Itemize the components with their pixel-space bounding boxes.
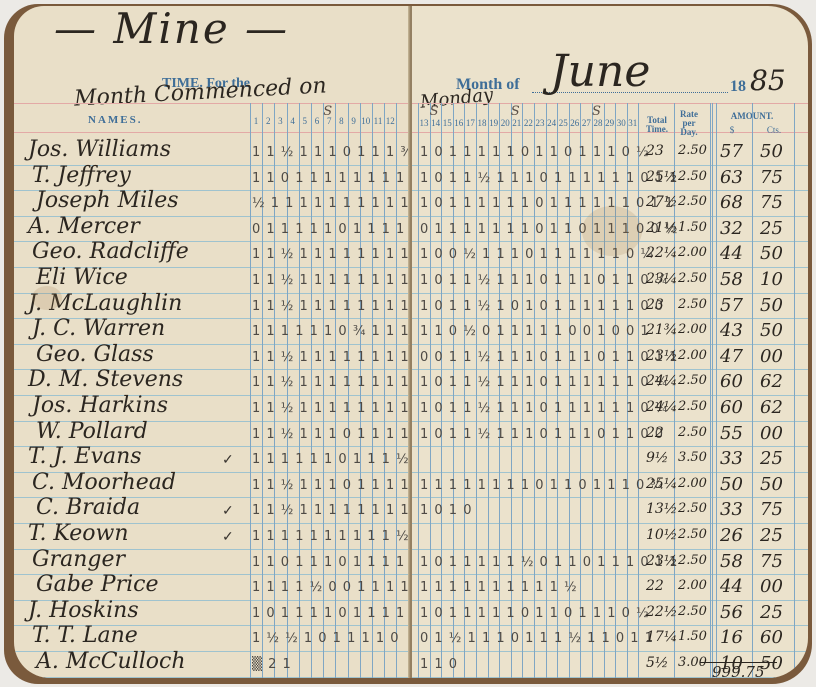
daily-marks-1-12: 1 1 0 1 1 1 1 1 1 1 1 1 xyxy=(252,171,410,186)
daily-marks-1-12: 1 1 ½ 1 1 1 1 1 1 1 1 1 xyxy=(252,375,410,390)
daily-marks-1-12: 1 1 1 1 1 1 1 1 1 1 ½ xyxy=(252,529,410,544)
worker-name: A. Mercer xyxy=(28,214,140,239)
column-rule xyxy=(418,103,419,678)
rate-per-day: 2.00 xyxy=(678,245,707,260)
column-rule xyxy=(752,103,753,678)
amount-dollars: 16 xyxy=(720,627,743,648)
amount-cents: 50 xyxy=(760,295,783,316)
worker-name: Geo. Radcliffe xyxy=(32,239,189,264)
day-header: 22 xyxy=(522,118,534,128)
column-rule xyxy=(250,103,251,678)
month-commenced-note: Month Commenced on xyxy=(74,73,328,111)
rate-per-day: 2.00 xyxy=(678,322,707,337)
ruled-line xyxy=(412,600,808,601)
worker-name: D. M. Stevens xyxy=(28,367,183,392)
amount-dollars: 68 xyxy=(720,192,743,213)
ruled-line xyxy=(14,677,410,678)
day-header: 29 xyxy=(604,118,616,128)
paper-stain xyxy=(32,286,62,310)
ruled-line xyxy=(412,549,808,550)
day-header: 31 xyxy=(627,118,639,128)
check-mark: ✓ xyxy=(222,529,234,546)
ruled-line xyxy=(412,369,808,370)
amount-cents: 25 xyxy=(760,448,783,469)
amount-dollars: 32 xyxy=(720,218,743,239)
amount-cents: 25 xyxy=(760,602,783,623)
amount-dollars: 60 xyxy=(720,397,743,418)
day-header: 16 xyxy=(453,118,465,128)
total-time: 22¼ xyxy=(646,245,677,261)
amount-dollars: 56 xyxy=(720,602,743,623)
column-rule xyxy=(794,103,795,678)
amount-dollars: 60 xyxy=(720,371,743,392)
amount-dollars: 47 xyxy=(720,346,743,367)
sunday-mark: S xyxy=(592,104,601,119)
amount-cents: 00 xyxy=(760,576,783,597)
total-time: 24¼ xyxy=(646,373,677,389)
amount-dollars: 63 xyxy=(720,167,743,188)
rate-per-day: 2.50 xyxy=(678,297,707,312)
amount-cents: 60 xyxy=(760,627,783,648)
ruled-line xyxy=(412,651,808,652)
day-header: 2 xyxy=(262,116,274,126)
amount-cents: 75 xyxy=(760,167,783,188)
rate-per-day: 2.50 xyxy=(678,553,707,568)
daily-marks-1-12: 1 1 ½ 1 1 1 1 1 1 1 1 1 xyxy=(252,273,410,288)
day-header: 17 xyxy=(464,118,476,128)
day-header: 25 xyxy=(557,118,569,128)
rate-per-day-header: Rate per Day. xyxy=(674,110,704,137)
month-handwritten: June xyxy=(550,46,650,97)
amount-cents: 50 xyxy=(760,474,783,495)
sunday-mark: S xyxy=(511,104,520,119)
amount-dollars: 33 xyxy=(720,448,743,469)
worker-name: J. C. Warren xyxy=(32,316,165,341)
rate-per-day: 2.50 xyxy=(678,143,707,158)
daily-marks-13-31: 1 1 0 ½ 0 1 1 1 1 1 0 0 1 0 0 1 xyxy=(420,324,650,339)
ruled-line xyxy=(412,395,808,396)
day-header: 5 xyxy=(299,116,311,126)
worker-name: W. Pollard xyxy=(36,419,148,444)
daily-marks-13-31: 1 0 1 1 ½ 1 0 1 0 1 1 1 1 1 1 0 0 xyxy=(420,299,664,314)
column-rule xyxy=(615,103,616,678)
ruled-line xyxy=(412,293,808,294)
header-rule xyxy=(412,103,808,104)
total-time: 23½ xyxy=(646,348,677,364)
total-time: 22½ xyxy=(646,604,677,620)
column-rule xyxy=(638,103,639,678)
day-header: 15 xyxy=(441,118,453,128)
amount-cents: 75 xyxy=(760,192,783,213)
amount-dollars: 43 xyxy=(720,320,743,341)
amount-dollars: 55 xyxy=(720,423,743,444)
daily-marks-13-31: 1 0 1 1 ½ 1 1 1 0 1 1 1 1 1 1 0 1 1 xyxy=(420,171,678,186)
column-rule xyxy=(604,103,605,678)
worker-name: Geo. Glass xyxy=(36,342,154,367)
column-rule xyxy=(580,103,581,678)
daily-marks-1-12: 1 1 ½ 1 1 1 0 1 1 1 1 1 xyxy=(252,427,410,442)
amount-dollars: 58 xyxy=(720,551,743,572)
daily-marks-13-31: 1 1 1 1 1 1 1 1 1 1 ½ xyxy=(420,580,578,595)
rate-per-day: 2.00 xyxy=(678,348,707,363)
ruled-line xyxy=(412,625,808,626)
day-header: 23 xyxy=(534,118,546,128)
day-header: 30 xyxy=(615,118,627,128)
daily-marks-1-12: ½ 1 1 1 1 1 1 1 1 1 1 1 xyxy=(252,196,410,211)
total-time: 5½ xyxy=(646,655,668,671)
total-time: 23 xyxy=(646,297,664,313)
daily-marks-13-31: 0 1 ½ 1 1 1 0 1 1 1 ½ 1 1 0 1 1 xyxy=(420,631,654,646)
rate-per-day: 2.50 xyxy=(678,527,707,542)
year-prefix: 18 xyxy=(730,78,746,96)
amount-cents: 50 xyxy=(760,320,783,341)
daily-marks-1-12: 1 1 ½ 1 1 1 1 1 1 1 1 1 xyxy=(252,401,410,416)
amount-dollars: 50 xyxy=(720,474,743,495)
column-rule xyxy=(710,103,711,678)
daily-marks-1-12: 1 1 ½ 1 1 1 1 1 1 1 1 1 xyxy=(252,247,410,262)
rate-per-day: 2.50 xyxy=(678,373,707,388)
daily-marks-1-12: 1 1 ½ 1 1 1 1 1 1 1 1 ¼ xyxy=(252,350,410,365)
amount-dollars: 44 xyxy=(720,243,743,264)
amount-dollars: 57 xyxy=(720,295,743,316)
ruled-line xyxy=(412,523,808,524)
amount-dollars: 57 xyxy=(720,141,743,162)
day-header: 13 xyxy=(418,118,430,128)
daily-marks-13-31: 1 0 1 1 1 1 1 ½ 0 1 1 0 1 1 1 0 1 1 xyxy=(420,555,678,570)
amount-cents: 62 xyxy=(760,397,783,418)
amount-dollars: 26 xyxy=(720,525,743,546)
rate-per-day: 2.50 xyxy=(678,501,707,516)
total-time: 23 xyxy=(646,143,664,159)
rate-per-day: 2.50 xyxy=(678,604,707,619)
daily-marks-1-12: 1 1 1 1 1 1 0 1 1 1 ½ xyxy=(252,452,410,467)
daily-marks-13-31: 1 0 1 1 ½ 1 1 1 0 1 1 1 1 1 1 0 ¼ xyxy=(420,375,668,390)
total-time: 22 xyxy=(646,425,664,441)
amount-dollars: 58 xyxy=(720,269,743,290)
daily-marks-1-12: ▒ 2 1 xyxy=(252,657,292,672)
amount-cents: 75 xyxy=(760,499,783,520)
daily-marks-1-12: 1 1 ½ 1 1 1 0 1 1 1 1 1 xyxy=(252,478,410,493)
daily-marks-1-12: 1 1 ½ 1 1 1 1 1 1 1 1 1 xyxy=(252,299,410,314)
ruled-line xyxy=(412,574,808,575)
rate-per-day: 2.50 xyxy=(678,169,707,184)
rate-per-day: 1.50 xyxy=(678,629,707,644)
amount-cents: 00 xyxy=(760,423,783,444)
worker-name: T. J. Evans xyxy=(28,444,142,469)
amount-dollars: 33 xyxy=(720,499,743,520)
right-page: Monday Month of June 18 85 Total Time. R… xyxy=(412,6,808,678)
total-time: 25¼ xyxy=(646,476,677,492)
worker-name: Jos. Harkins xyxy=(32,393,168,418)
ruled-line xyxy=(412,165,808,166)
amount-cents: 62 xyxy=(760,371,783,392)
total-time: 23¼ xyxy=(646,271,677,287)
day-header: 24 xyxy=(546,118,558,128)
total-time: 21¾ xyxy=(646,322,677,338)
day-header: 1 xyxy=(250,116,262,126)
header-rule-2 xyxy=(14,132,410,133)
day-header: 10 xyxy=(360,116,372,126)
daily-marks-1-12: 1 1 ½ 1 1 1 1 1 1 1 1 1 xyxy=(252,503,410,518)
worker-name: T. Keown xyxy=(28,521,129,546)
daily-marks-13-31: 0 0 1 1 ½ 1 1 1 0 1 1 1 0 1 1 0 1 1 xyxy=(420,350,678,365)
daily-marks-13-31: 1 0 1 1 ½ 1 1 1 0 1 1 1 0 1 1 0 0 xyxy=(420,427,664,442)
worker-name: T. T. Lane xyxy=(32,623,138,648)
daily-marks-13-31: 1 0 1 1 ½ 1 1 1 0 1 1 1 1 1 1 0 ¼ xyxy=(420,401,668,416)
column-rule xyxy=(712,103,717,678)
worker-name: C. Braida xyxy=(36,495,140,520)
daily-marks-1-12: 1 0 1 1 1 1 0 1 1 1 1 1 xyxy=(252,606,410,621)
amount-cents: 00 xyxy=(760,346,783,367)
worker-name: Gabe Price xyxy=(36,572,158,597)
rate-per-day: 3.50 xyxy=(678,450,707,465)
check-mark: ✓ xyxy=(222,452,234,469)
ruled-line xyxy=(412,344,808,345)
daily-marks-13-31: 1 0 1 1 1 1 1 0 1 1 0 1 1 1 0 ½ xyxy=(420,606,650,621)
day-header: 14 xyxy=(430,118,442,128)
amount-cents: 25 xyxy=(760,218,783,239)
total-time: 24¼ xyxy=(646,399,677,415)
day-header: 4 xyxy=(287,116,299,126)
worker-name: Joseph Miles xyxy=(36,188,179,213)
daily-marks-1-12: 0 1 1 1 1 1 0 1 1 1 1 1 xyxy=(252,222,410,237)
day-header: 18 xyxy=(476,118,488,128)
worker-name: Granger xyxy=(32,547,125,572)
ruled-line xyxy=(412,318,808,319)
daily-marks-13-31: 1 1 0 xyxy=(420,657,458,672)
grand-total: 999.75 xyxy=(700,662,777,678)
day-header: 9 xyxy=(348,116,360,126)
amount-cents: 10 xyxy=(760,269,783,290)
ruled-line xyxy=(412,421,808,422)
day-header: 21 xyxy=(511,118,523,128)
dollars-header: $ xyxy=(712,126,752,135)
daily-marks-1-12: 1 1 1 1 1 1 0 ¾ 1 1 1 1 xyxy=(252,324,410,339)
daily-marks-1-12: 1 1 1 1 ½ 0 0 1 1 1 1 1 xyxy=(252,580,410,595)
daily-marks-13-31: 1 1 1 1 1 1 1 1 0 1 1 0 1 1 1 0 ¾ xyxy=(420,478,664,493)
daily-marks-1-12: 1 1 0 1 1 1 0 1 1 1 1 1 xyxy=(252,555,410,570)
daily-marks-13-31: 1 0 1 1 ½ 1 1 1 0 1 1 1 0 1 1 0 ¼ xyxy=(420,273,668,288)
total-time: 21½ xyxy=(646,220,677,236)
total-time: 25½ xyxy=(646,169,677,185)
day-header: 8 xyxy=(335,116,347,126)
total-time-header: Total Time. xyxy=(644,116,670,134)
worker-name: C. Moorhead xyxy=(32,470,176,495)
year-handwritten: 85 xyxy=(750,64,786,97)
column-rule xyxy=(592,103,593,678)
day-header: 20 xyxy=(499,118,511,128)
rate-per-day: 2.00 xyxy=(678,578,707,593)
printed-month-label: Month of xyxy=(456,76,520,94)
daily-marks-13-31: 1 0 1 1 1 1 1 1 0 1 1 1 1 1 1 0 1 1 xyxy=(420,196,674,211)
amount-cents: 75 xyxy=(760,551,783,572)
day-header: 11 xyxy=(372,116,384,126)
rate-per-day: 2.00 xyxy=(678,476,707,491)
total-time: 10½ xyxy=(646,527,677,543)
ruled-line xyxy=(412,190,808,191)
ruled-line xyxy=(412,267,808,268)
header-rule xyxy=(14,103,410,104)
total-time: 17¼ xyxy=(646,629,677,645)
amount-dollars: 44 xyxy=(720,576,743,597)
amount-cents: 50 xyxy=(760,141,783,162)
total-time: 27½ xyxy=(646,194,677,210)
sunday-mark: S xyxy=(323,104,332,119)
sunday-mark: S xyxy=(430,104,439,119)
total-time: 13½ xyxy=(646,501,677,517)
daily-marks-13-31: 1 0 1 0 xyxy=(420,503,472,518)
left-page: — Mine — TIME. For the Month Commenced o… xyxy=(14,6,410,678)
ruled-line xyxy=(412,472,808,473)
total-time: 22 xyxy=(646,578,664,594)
rate-per-day: 2.50 xyxy=(678,399,707,414)
day-header: 26 xyxy=(569,118,581,128)
daily-marks-1-12: 1 1 ½ 1 1 1 0 1 1 1 ¾ 1 xyxy=(252,145,410,160)
day-header: 3 xyxy=(274,116,286,126)
column-rule xyxy=(627,103,628,678)
day-header: 27 xyxy=(580,118,592,128)
rate-per-day: 2.50 xyxy=(678,425,707,440)
worker-name: J. Hoskins xyxy=(28,598,139,623)
worker-name: T. Jeffrey xyxy=(32,163,131,188)
names-column-header: NAMES. xyxy=(88,114,142,126)
rate-per-day: 1.50 xyxy=(678,220,707,235)
ruled-line xyxy=(412,497,808,498)
ruled-line xyxy=(412,446,808,447)
column-rule xyxy=(674,103,675,678)
amount-cents: 25 xyxy=(760,525,783,546)
script-title-mine: — Mine — xyxy=(54,6,289,53)
daily-marks-1-12: 1 ½ ½ 1 0 1 1 1 1 0 xyxy=(252,631,400,646)
cents-header: Cts. xyxy=(754,126,794,135)
check-mark: ✓ xyxy=(222,503,234,520)
daily-marks-13-31: 1 0 1 1 1 1 1 0 1 1 0 1 1 1 0 ½ xyxy=(420,145,650,160)
rate-per-day: 2.50 xyxy=(678,194,707,209)
day-header: 12 xyxy=(384,116,396,126)
total-time: 9½ xyxy=(646,450,668,466)
day-header: 6 xyxy=(311,116,323,126)
day-header: 19 xyxy=(488,118,500,128)
rate-per-day: 2.50 xyxy=(678,271,707,286)
day-header: 28 xyxy=(592,118,604,128)
worker-name: Jos. Williams xyxy=(28,137,171,162)
total-time: 23½ xyxy=(646,553,677,569)
amount-cents: 50 xyxy=(760,243,783,264)
worker-name: A. McCulloch xyxy=(36,649,186,674)
paper-stain xyxy=(582,206,642,256)
